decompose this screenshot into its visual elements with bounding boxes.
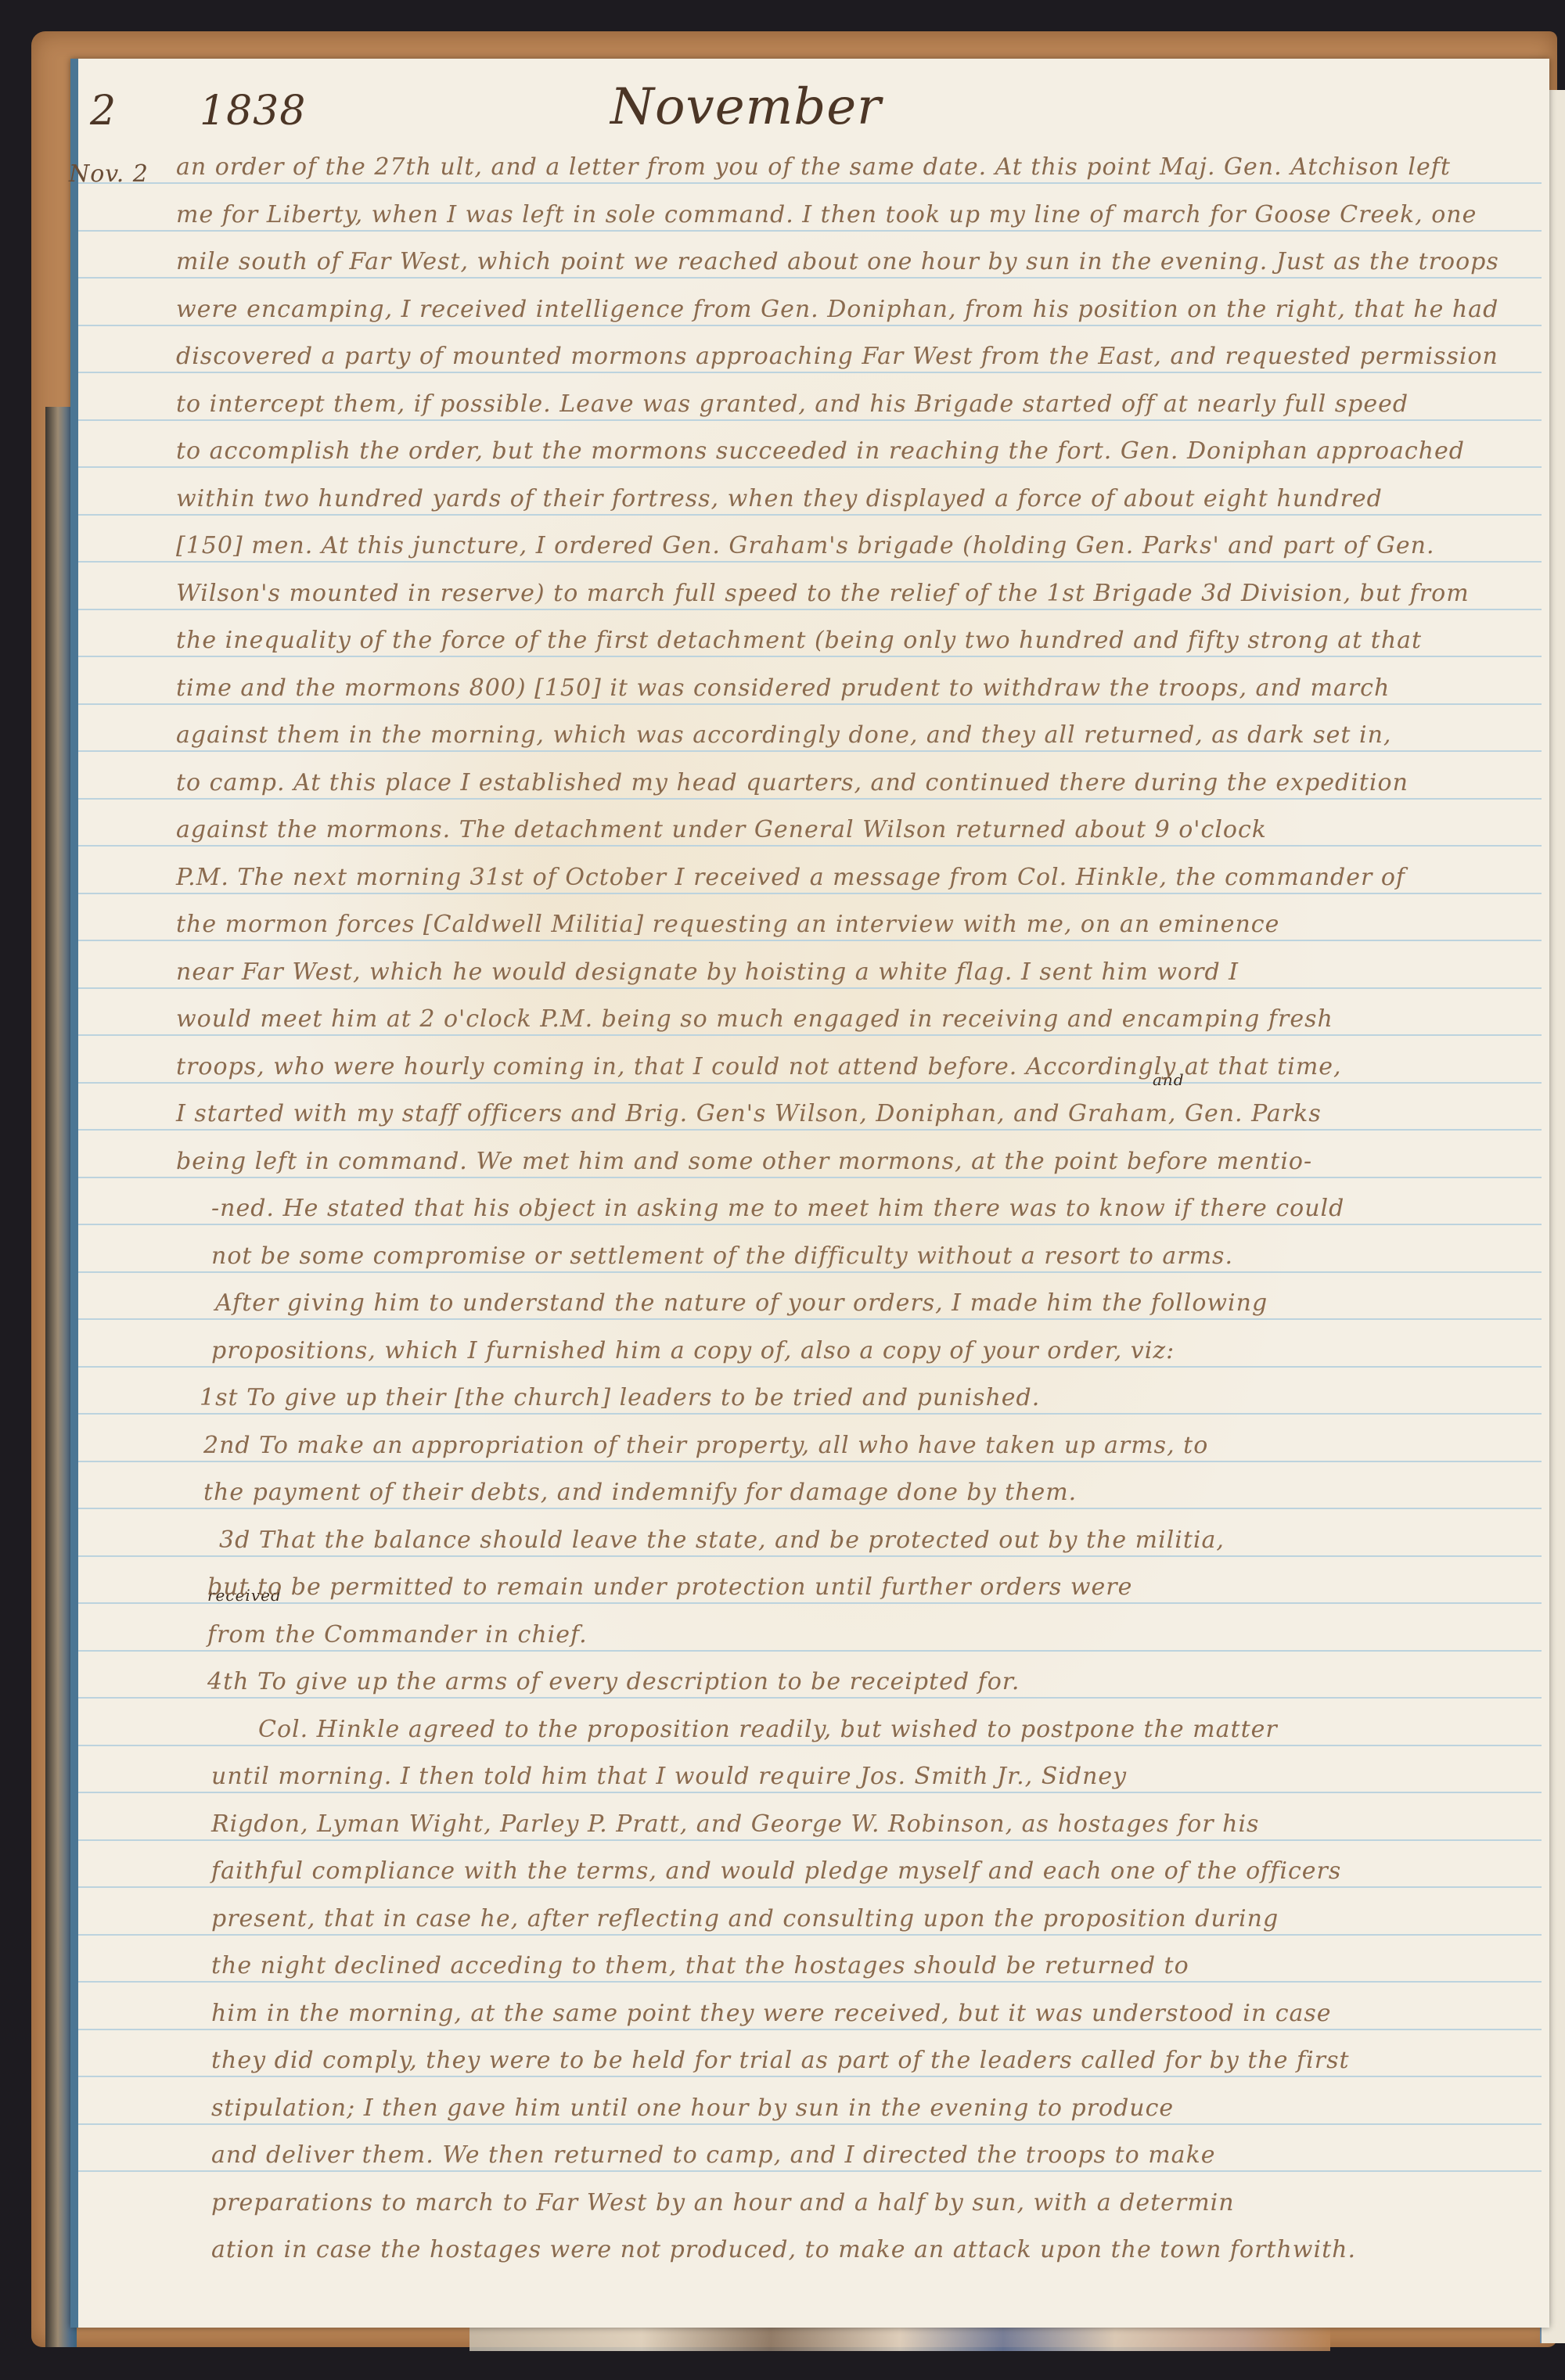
rule-line (78, 1981, 1542, 1983)
rule-line (78, 1318, 1542, 1320)
rule-line (78, 1461, 1542, 1462)
manuscript-line: 2nd To make an appropriation of their pr… (203, 1432, 1208, 1459)
manuscript-line: but to be permitted to remain under prot… (207, 1573, 1132, 1601)
manuscript-line: within two hundred yards of their fortre… (176, 485, 1383, 512)
manuscript-line: near Far West, which he would designate … (176, 958, 1239, 986)
rule-line (78, 1792, 1542, 1793)
rule-line (78, 798, 1542, 800)
header-month: November (610, 78, 882, 136)
margin-date-note: Nov. 2 (69, 160, 149, 188)
manuscript-line: time and the mormons 800) [150] it was c… (176, 674, 1390, 702)
rule-line (78, 230, 1542, 232)
manuscript-line: Rigdon, Lyman Wight, Parley P. Pratt, an… (211, 1810, 1259, 1838)
manuscript-line: [150] men. At this juncture, I ordered G… (176, 532, 1435, 559)
manuscript-line: the night declined acceding to them, tha… (211, 1952, 1189, 1979)
rule-line (78, 514, 1542, 516)
manuscript-line: faithful compliance with the terms, and … (211, 1857, 1341, 1885)
manuscript-line: to camp. At this place I established my … (176, 769, 1408, 796)
manuscript-line: from the Commander in chief. (207, 1621, 588, 1648)
rule-line (78, 1224, 1542, 1225)
manuscript-line: troops, who were hourly coming in, that … (176, 1053, 1342, 1080)
manuscript-line: After giving him to understand the natur… (215, 1289, 1268, 1317)
manuscript-line: 4th To give up the arms of every descrip… (207, 1668, 1020, 1695)
manuscript-line: mile south of Far West, which point we r… (176, 248, 1499, 275)
page-number: 2 (90, 88, 117, 135)
rule-line (78, 845, 1542, 847)
manuscript-line: the inequality of the force of the first… (176, 627, 1422, 654)
rule-line (78, 182, 1542, 184)
manuscript-line: being left in command. We met him and so… (176, 1148, 1312, 1175)
manuscript-line: discovered a party of mounted mormons ap… (176, 343, 1498, 370)
rule-line (78, 1129, 1542, 1131)
rule-line (78, 656, 1542, 657)
manuscript-line: I started with my staff officers and Bri… (176, 1100, 1322, 1127)
rule-line (78, 2123, 1542, 2125)
rule-line (78, 1366, 1542, 1368)
manuscript-line: the payment of their debts, and indemnif… (203, 1479, 1077, 1506)
rule-line (78, 1555, 1542, 1557)
rule-line (78, 1602, 1542, 1604)
manuscript-line: would meet him at 2 o'clock P.M. being s… (176, 1005, 1333, 1033)
rule-line (78, 1413, 1542, 1415)
rule-line (78, 2076, 1542, 2077)
rule-line (78, 2029, 1542, 2030)
rule-line (78, 466, 1542, 468)
manuscript-line: ation in case the hostages were not prod… (211, 2236, 1356, 2263)
manuscript-line: Col. Hinkle agreed to the proposition re… (258, 1716, 1278, 1743)
rule-line (78, 987, 1542, 989)
manuscript-line: Wilson's mounted in reserve) to march fu… (176, 580, 1470, 607)
rule-line (78, 1886, 1542, 1888)
rule-line (78, 1034, 1542, 1036)
manuscript-line: -ned. He stated that his object in askin… (211, 1195, 1344, 1222)
manuscript-line: present, that in case he, after reflecti… (211, 1905, 1279, 1932)
manuscript-line: until morning. I then told him that I wo… (211, 1763, 1127, 1790)
manuscript-line: and deliver them. We then returned to ca… (211, 2141, 1216, 2169)
manuscript-line: the mormon forces [Caldwell Militia] req… (176, 911, 1279, 938)
manuscript-line: preparations to march to Far West by an … (211, 2189, 1235, 2216)
rule-line (78, 1177, 1542, 1178)
manuscript-line: to accomplish the order, but the mormons… (176, 437, 1465, 465)
rule-line (78, 1745, 1542, 1746)
rule-line (78, 325, 1542, 326)
page-number-underline (78, 135, 133, 138)
manuscript-line: 1st To give up their [the church] leader… (200, 1384, 1040, 1411)
manuscript-line: against them in the morning, which was a… (176, 721, 1391, 749)
rule-line (78, 561, 1542, 563)
rule-line (78, 1508, 1542, 1509)
rule-line (78, 372, 1542, 373)
rule-line (78, 893, 1542, 894)
rule-line (78, 277, 1542, 279)
manuscript-line: him in the morning, at the same point th… (211, 2000, 1332, 2027)
rule-line (78, 703, 1542, 705)
rule-line (78, 609, 1542, 610)
manuscript-line: me for Liberty, when I was left in sole … (176, 201, 1477, 228)
manuscript-line: an order of the 27th ult, and a letter f… (176, 153, 1451, 181)
rule-line (78, 1650, 1542, 1652)
header-year: 1838 (200, 88, 306, 135)
manuscript-line: stipulation; I then gave him until one h… (211, 2094, 1174, 2122)
manuscript-line: 3d That the balance should leave the sta… (219, 1526, 1225, 1554)
rule-line (78, 750, 1542, 752)
rule-line (78, 1271, 1542, 1273)
rule-line (78, 1934, 1542, 1936)
manuscript-line: not be some compromise or settlement of … (211, 1242, 1233, 1270)
rule-line (78, 1082, 1542, 1084)
rule-line (78, 419, 1542, 421)
manuscript-line: they did comply, they were to be held fo… (211, 2047, 1350, 2074)
manuscript-line: were encamping, I received intelligence … (176, 296, 1498, 323)
manuscript-line: propositions, which I furnished him a co… (211, 1337, 1175, 1364)
manuscript-line: against the mormons. The detachment unde… (176, 816, 1267, 843)
rule-line (78, 2170, 1542, 2172)
manuscript-line: to intercept them, if possible. Leave wa… (176, 390, 1408, 418)
rule-line (78, 940, 1542, 941)
rule-line (78, 1839, 1542, 1841)
manuscript-line: P.M. The next morning 31st of October I … (176, 864, 1405, 891)
rule-line (78, 1697, 1542, 1699)
